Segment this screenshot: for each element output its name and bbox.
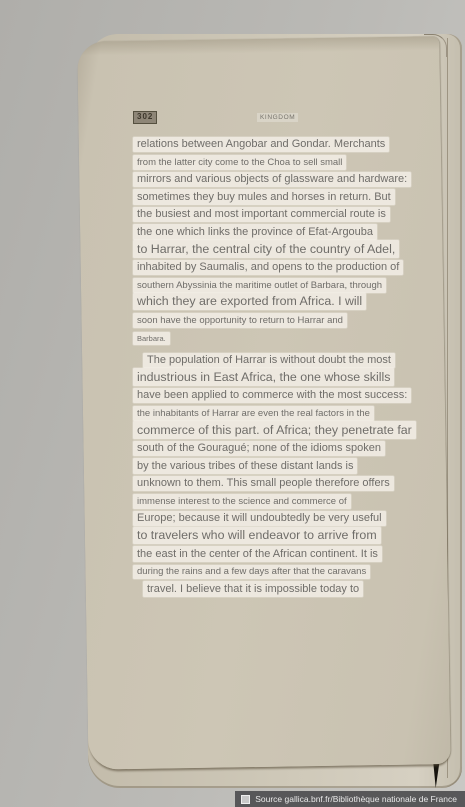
text-line-slot: unknown to them. This small people there… bbox=[133, 473, 433, 491]
ocr-text-line: immense interest to the science and comm… bbox=[133, 494, 351, 509]
ocr-text-line: soon have the opportunity to return to H… bbox=[133, 313, 347, 328]
text-line-slot: inhabited by Saumalis, and opens to the … bbox=[133, 257, 433, 275]
ocr-text-line: during the rains and a few days after th… bbox=[133, 565, 370, 580]
ocr-text-line: the one which links the province of Efat… bbox=[133, 224, 377, 240]
ocr-text-line: unknown to them. This small people there… bbox=[133, 476, 394, 492]
ocr-text-line: The population of Harrar is without doub… bbox=[143, 353, 395, 369]
source-watermark-bar: Source gallica.bnf.fr/Bibliothèque natio… bbox=[235, 791, 465, 807]
ocr-text-line: Barbara. bbox=[133, 332, 170, 345]
ocr-text-line: to Harrar, the central city of the count… bbox=[133, 240, 399, 258]
text-line-slot: industrious in East Africa, the one whos… bbox=[133, 368, 433, 386]
bnf-logo-icon bbox=[241, 795, 250, 804]
ocr-text-line: southern Abyssinia the maritime outlet o… bbox=[133, 278, 386, 293]
text-column: relations between Angobar and Gondar. Me… bbox=[133, 134, 433, 596]
text-line-slot: to travelers who will endeavor to arrive… bbox=[133, 526, 433, 544]
ocr-text-line: by the various tribes of these distant l… bbox=[133, 458, 357, 474]
text-line-slot: Barbara. bbox=[133, 328, 433, 346]
text-line-slot: have been applied to commerce with the m… bbox=[133, 385, 433, 403]
ocr-text-line: sometimes they buy mules and horses in r… bbox=[133, 189, 395, 205]
text-line-slot: travel. I believe that it is impossible … bbox=[133, 579, 433, 597]
text-line-slot: The population of Harrar is without doub… bbox=[133, 350, 433, 368]
text-line-slot: soon have the opportunity to return to H… bbox=[133, 310, 433, 328]
text-line-slot: the east in the center of the African co… bbox=[133, 544, 433, 562]
ocr-text-line: relations between Angobar and Gondar. Me… bbox=[133, 137, 389, 153]
text-line-slot: immense interest to the science and comm… bbox=[133, 491, 433, 509]
ocr-text-line: commerce of this part. of Africa; they p… bbox=[133, 421, 416, 439]
text-line-slot: the inhabitants of Harrar are even the r… bbox=[133, 403, 433, 421]
text-line-slot: the one which links the province of Efat… bbox=[133, 222, 433, 240]
text-line-slot: sometimes they buy mules and horses in r… bbox=[133, 187, 433, 205]
text-line-slot: to Harrar, the central city of the count… bbox=[133, 240, 433, 258]
ocr-text-line: travel. I believe that it is impossible … bbox=[143, 581, 363, 597]
text-line-slot: relations between Angobar and Gondar. Me… bbox=[133, 134, 433, 152]
text-line-slot: south of the Gouragué; none of the idiom… bbox=[133, 438, 433, 456]
ocr-text-line: south of the Gouragué; none of the idiom… bbox=[133, 441, 385, 457]
page-number: 302 bbox=[133, 111, 157, 124]
ocr-text-line: to travelers who will endeavor to arrive… bbox=[133, 527, 381, 545]
text-line-slot: from the latter city come to the Choa to… bbox=[133, 152, 433, 170]
ocr-text-line: from the latter city come to the Choa to… bbox=[133, 155, 346, 170]
ocr-text-line: which they are exported from Africa. I w… bbox=[133, 293, 366, 311]
ocr-text-line: Europe; because it will undoubtedly be v… bbox=[133, 511, 386, 527]
text-line-slot: mirrors and various objects of glassware… bbox=[133, 169, 433, 187]
source-attribution: Source gallica.bnf.fr/Bibliothèque natio… bbox=[255, 794, 457, 804]
text-line-slot: during the rains and a few days after th… bbox=[133, 561, 433, 579]
text-line-slot: southern Abyssinia the maritime outlet o… bbox=[133, 275, 433, 293]
running-title: KINGDOM bbox=[257, 113, 298, 122]
paragraph: The population of Harrar is without doub… bbox=[133, 350, 433, 596]
ocr-text-line: have been applied to commerce with the m… bbox=[133, 388, 411, 404]
text-line-slot: which they are exported from Africa. I w… bbox=[133, 292, 433, 310]
ocr-text-line: inhabited by Saumalis, and opens to the … bbox=[133, 260, 403, 276]
gallica-scan-view: 302 KINGDOM relations between Angobar an… bbox=[0, 0, 465, 807]
ocr-text-line: mirrors and various objects of glassware… bbox=[133, 172, 411, 188]
ocr-text-line: the busiest and most important commercia… bbox=[133, 207, 390, 223]
ocr-text-line: the east in the center of the African co… bbox=[133, 546, 382, 562]
ocr-text-line: industrious in East Africa, the one whos… bbox=[133, 368, 394, 386]
text-line-slot: Europe; because it will undoubtedly be v… bbox=[133, 508, 433, 526]
ocr-text-line: the inhabitants of Harrar are even the r… bbox=[133, 406, 374, 421]
text-line-slot: commerce of this part. of Africa; they p… bbox=[133, 421, 433, 439]
paragraph: relations between Angobar and Gondar. Me… bbox=[133, 134, 433, 345]
text-line-slot: by the various tribes of these distant l… bbox=[133, 456, 433, 474]
text-line-slot: the busiest and most important commercia… bbox=[133, 204, 433, 222]
